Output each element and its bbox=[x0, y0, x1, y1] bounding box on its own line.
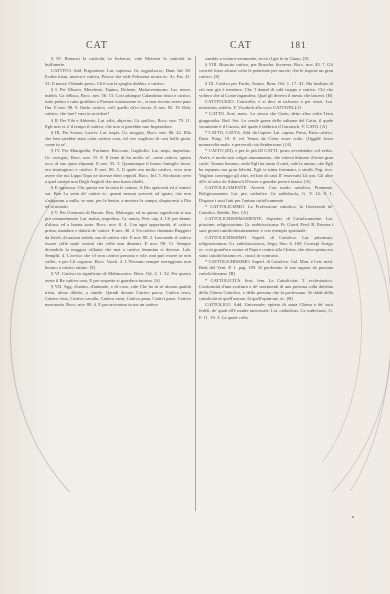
column-divider bbox=[195, 56, 196, 511]
dictionary-entry: § IX. Cattivo per Fardo, Astuto. Bern. O… bbox=[199, 81, 333, 99]
scanned-page: CAT CAT 181 § IV. Renunci la cattività, … bbox=[0, 0, 390, 594]
dictionary-entry: § V. Per Contrario di Buono: Reo, Malvag… bbox=[45, 210, 191, 272]
dictionary-entry: * CATTO, CATTA. Add. da Capere. Lat. cap… bbox=[199, 130, 333, 148]
dictionary-entry: § I. Per Misero, Meschino, Tapino, Dolen… bbox=[45, 87, 191, 118]
running-header: CAT CAT 181 bbox=[44, 40, 364, 54]
ink-speck bbox=[352, 516, 354, 518]
dictionary-entry: * CATTOLICISMO. La Professione cattolica… bbox=[199, 204, 333, 216]
dictionary-entry: * CATTOLICHISSIMO. Superl. di Cattolico.… bbox=[199, 259, 333, 277]
dictionary-entry: § VII. Agg. d'uomo, d'animale, e di cosa… bbox=[45, 284, 191, 309]
dictionary-entry: CATTIVO. Add. Prigioniero. Lat. captivus… bbox=[45, 68, 191, 86]
dictionary-entry: § II. Per Vile e Abbietto. Lat. vilis, a… bbox=[45, 118, 191, 130]
dictionary-entry: CATTOLICAMENTE. Avverb. Con modo cattoli… bbox=[199, 185, 333, 203]
left-column: § IV. Renunci la cattività, in Ischerzo,… bbox=[45, 56, 191, 308]
dictionary-entry: § VIII. Riuscito cattivo, per Brusche, S… bbox=[199, 62, 333, 80]
dictionary-entry: CATTOLICO. Add. Universale; epiteto di s… bbox=[199, 302, 333, 320]
dictionary-entry: CATTOLICHISSIMO. Superl. di Cattolico. L… bbox=[199, 235, 333, 260]
dictionary-entry: * CATTO (DI), e per lo più DI CATTI, pos… bbox=[199, 148, 333, 185]
page-number: 181 bbox=[290, 40, 307, 50]
dictionary-entry: CATTOLICHISSIMAMENTE. Superlat. di Catto… bbox=[199, 216, 333, 234]
dictionary-entry: CATTIVUZZO. Cattivello; e si dice in isc… bbox=[199, 99, 333, 111]
running-head-right: CAT bbox=[230, 40, 252, 51]
right-column: cambio a vottura veramente, trovò il già… bbox=[199, 56, 333, 321]
dictionary-entry: * CATTOLICITÀ. Sost. fem. Lo Cattolicita… bbox=[199, 278, 333, 303]
dictionary-entry: § III. Per Scarso, Lasciv. Lat. turpis. … bbox=[45, 130, 191, 148]
dictionary-entry: § IV. Renunci la cattività, in Ischerzo,… bbox=[45, 56, 191, 68]
running-head-left: CAT bbox=[86, 40, 108, 51]
dictionary-entry: § VI. Cattivo in significato di Malincon… bbox=[45, 271, 191, 283]
dictionary-entry: § E oppresso: Chi questa ere la sotta le… bbox=[45, 185, 191, 210]
dictionary-entry: § IV. Per Manigoldo, Furfante, Briccone,… bbox=[45, 148, 191, 185]
dictionary-entry: * CATTO. Sost. masc. Lo stesso che Gatto… bbox=[199, 111, 333, 129]
